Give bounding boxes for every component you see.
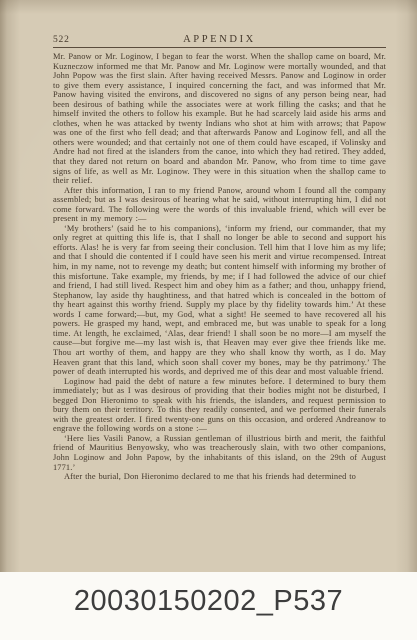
book-page-scan: 522 APPENDIX Mr. Panow or Mr. Loginow, I…	[0, 0, 417, 640]
paragraph: Loginow had paid the debt of nature a fe…	[53, 377, 386, 434]
paragraph-speech: ‘My brothers’ (said he to his companions…	[53, 224, 386, 377]
scan-footer-strip: 20030150202_P537	[0, 572, 417, 640]
paragraph: After this information, I ran to my frie…	[53, 186, 386, 224]
paragraph-epitaph: ‘Here lies Vasili Panow, a Russian gentl…	[53, 434, 386, 472]
running-title: APPENDIX	[53, 34, 386, 45]
page-header: 522 APPENDIX	[53, 32, 386, 48]
scan-id-label: 20030150202_P537	[74, 585, 343, 618]
page-body-text: Mr. Panow or Mr. Loginow, I began to fea…	[53, 52, 386, 482]
page-content: 522 APPENDIX Mr. Panow or Mr. Loginow, I…	[53, 32, 386, 482]
paragraph-continuation: Mr. Panow or Mr. Loginow, I began to fea…	[53, 52, 386, 186]
paragraph-last-line: After the burial, Don Hieronimo declared…	[53, 472, 386, 482]
